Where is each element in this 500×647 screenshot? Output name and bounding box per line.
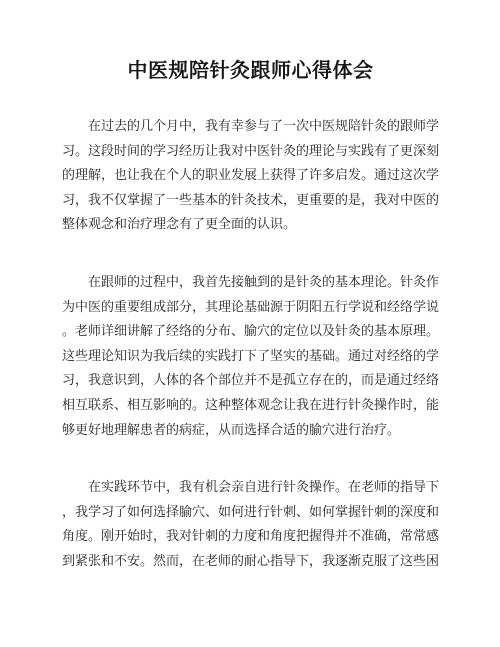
document-page: 中医规陪针灸跟师心得体会 在过去的几个月中，我有幸参与了一次中医规陪针灸的跟师学…: [0, 0, 500, 647]
paragraph: 在实践环节中，我有机会亲自进行针灸操作。在老师的指导下，我学习了如何选择腧穴、如…: [62, 475, 439, 573]
document-title: 中医规陪针灸跟师心得体会: [62, 58, 439, 84]
paragraph: 在过去的几个月中，我有幸参与了一次中医规陪针灸的跟师学习。这段时间的学习经历让我…: [62, 114, 439, 237]
document-body: 在过去的几个月中，我有幸参与了一次中医规陪针灸的跟师学习。这段时间的学习经历让我…: [62, 114, 439, 574]
paragraph: 在跟师的过程中，我首先接触到的是针灸的基本理论。针灸作为中医的重要组成部分，其理…: [62, 270, 439, 442]
